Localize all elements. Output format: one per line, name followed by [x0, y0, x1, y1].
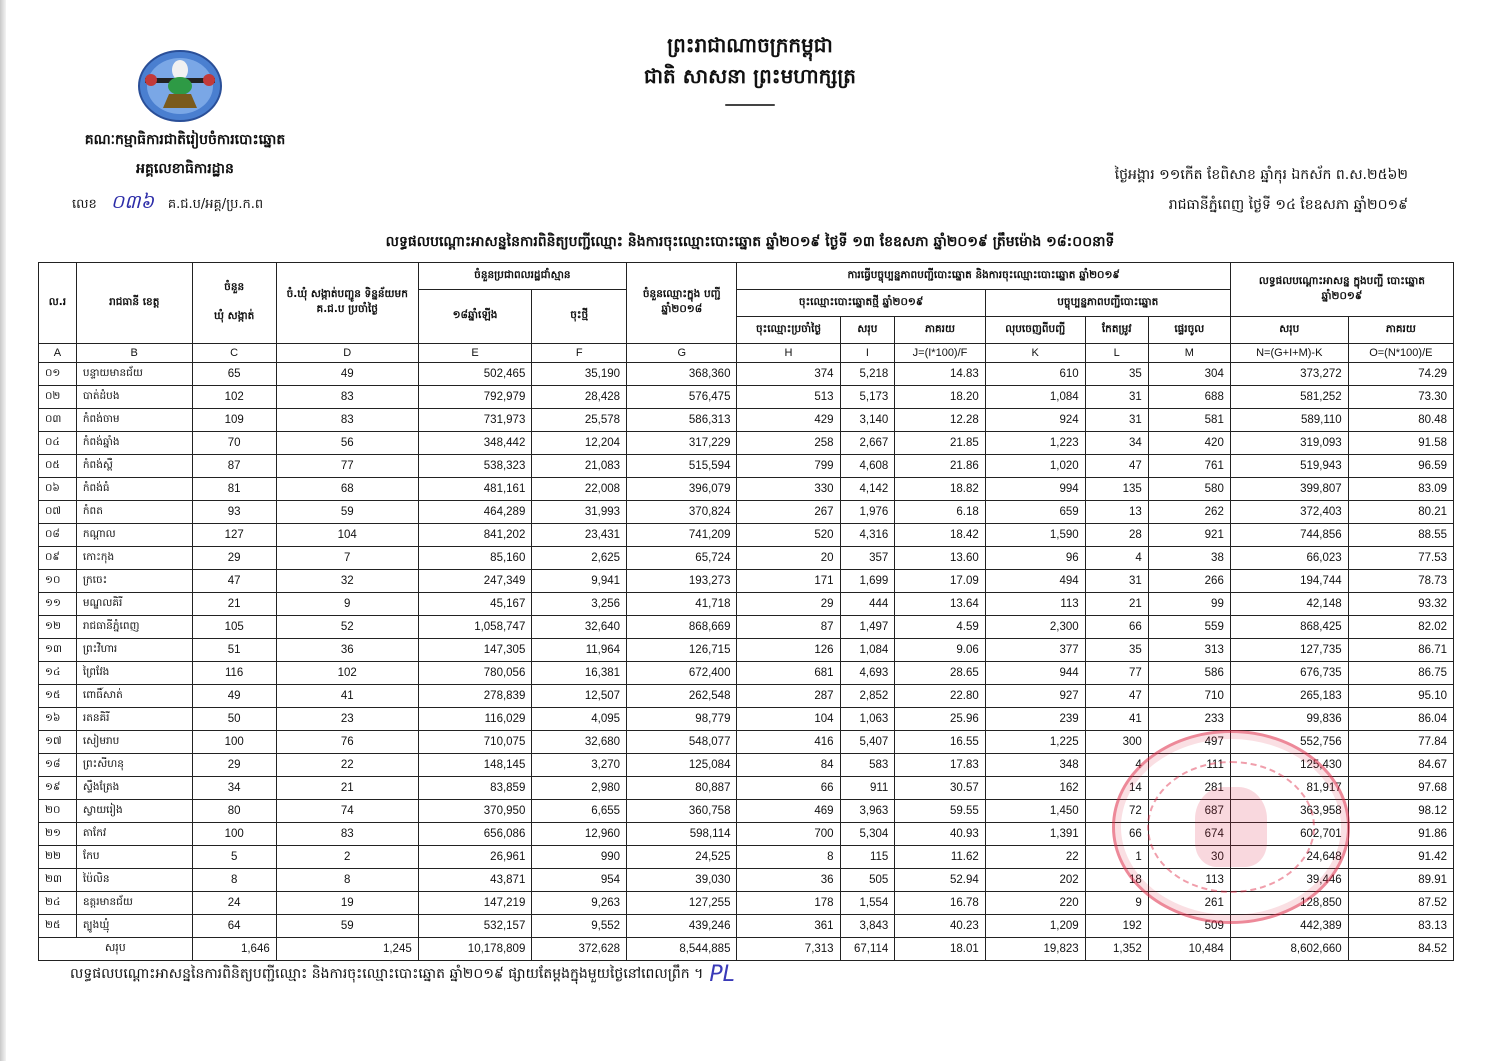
- cell-reporting-communes: 83: [276, 386, 418, 409]
- cell-result-percent: 74.29: [1348, 363, 1453, 386]
- cell-result-total: 399,807: [1230, 478, 1348, 501]
- cell-list-2018: 126,715: [627, 639, 737, 662]
- header-registration-total: សរុប: [840, 317, 895, 344]
- cell-eligible-18plus: 841,202: [418, 524, 532, 547]
- cell-daily-registration: 171: [737, 570, 840, 593]
- cell-result-percent: 73.30: [1348, 386, 1453, 409]
- cell-deleted: 1,450: [985, 800, 1085, 823]
- total-label: សរុប: [39, 938, 193, 961]
- cell-deleted: 96: [985, 547, 1085, 570]
- footer-note-text: លទ្ធផលបណ្ដោះអាសន្ននៃការពិនិត្យបញ្ជីឈ្មោះ…: [70, 964, 703, 985]
- cell-registration-percent: 40.23: [895, 915, 985, 938]
- cell-result-percent: 77.84: [1348, 731, 1453, 754]
- cell-daily-registration: 374: [737, 363, 840, 386]
- total-eligible-18plus: 10,178,809: [418, 938, 532, 961]
- cell-deleted: 1,590: [985, 524, 1085, 547]
- cell-corrected: 31: [1085, 386, 1148, 409]
- nec-logo-icon: [137, 48, 223, 124]
- cell-reporting-communes: 77: [276, 455, 418, 478]
- cell-reporting-communes: 104: [276, 524, 418, 547]
- cell-result-total: 373,272: [1230, 363, 1348, 386]
- table-row: ០១បន្ទាយមានជ័យ6549502,46535,190368,36037…: [39, 363, 1454, 386]
- table-row: ២២កែប5226,96199024,525811511.622213024,6…: [39, 846, 1454, 869]
- cell-corrected: 66: [1085, 616, 1148, 639]
- cell-reporting-communes: 19: [276, 892, 418, 915]
- cell-moved-in: 111: [1148, 754, 1230, 777]
- voter-registration-table: ល.រ រាជធានី ខេត្ត ចំនួន ឃុំ សង្កាត់ ចំ.ឃ…: [38, 262, 1454, 961]
- cell-registration-total: 444: [840, 593, 895, 616]
- cell-list-2018: 39,030: [627, 869, 737, 892]
- cell-list-2018: 360,758: [627, 800, 737, 823]
- column-letter: F: [532, 344, 627, 363]
- cell-daily-registration: 84: [737, 754, 840, 777]
- cell-registration-percent: 40.93: [895, 823, 985, 846]
- cell-row-number: ២៥: [39, 915, 77, 938]
- cell-registration-percent: 18.82: [895, 478, 985, 501]
- cell-row-number: ០១: [39, 363, 77, 386]
- cell-reporting-communes: 49: [276, 363, 418, 386]
- total-registration-percent: 18.01: [895, 938, 985, 961]
- header-no: ល.រ: [39, 263, 77, 344]
- cell-result-total: 319,093: [1230, 432, 1348, 455]
- cell-eligible-new: 3,270: [532, 754, 627, 777]
- cell-registration-percent: 17.83: [895, 754, 985, 777]
- cell-list-2018: 868,669: [627, 616, 737, 639]
- cell-result-percent: 80.48: [1348, 409, 1453, 432]
- table-row: ០៧កំពត9359464,28931,993370,8242671,9766.…: [39, 501, 1454, 524]
- cell-province-name: ព្រះវិហារ: [76, 639, 192, 662]
- cell-registration-total: 5,218: [840, 363, 895, 386]
- cell-result-total: 581,252: [1230, 386, 1348, 409]
- cell-list-2018: 576,475: [627, 386, 737, 409]
- cell-deleted: 927: [985, 685, 1085, 708]
- cell-eligible-18plus: 348,442: [418, 432, 532, 455]
- header-deleted: លុបចេញពីបញ្ជី: [985, 317, 1085, 344]
- cell-daily-registration: 799: [737, 455, 840, 478]
- cell-corrected: 21: [1085, 593, 1148, 616]
- cell-deleted: 1,020: [985, 455, 1085, 478]
- cell-eligible-new: 9,263: [532, 892, 627, 915]
- cell-reporting-communes: 83: [276, 409, 418, 432]
- cell-row-number: ០៣: [39, 409, 77, 432]
- header-2018-list: ចំនួនឈ្មោះក្នុង បញ្ជី ឆ្នាំ២០១៨: [627, 263, 737, 344]
- cell-list-2018: 741,209: [627, 524, 737, 547]
- cell-deleted: 348: [985, 754, 1085, 777]
- cell-daily-registration: 104: [737, 708, 840, 731]
- cell-province-name: ប៉ៃលិន: [76, 869, 192, 892]
- cell-daily-registration: 287: [737, 685, 840, 708]
- cell-eligible-new: 9,552: [532, 915, 627, 938]
- cell-registration-total: 911: [840, 777, 895, 800]
- cell-deleted: 659: [985, 501, 1085, 524]
- cell-reporting-communes: 41: [276, 685, 418, 708]
- cell-corrected: 18: [1085, 869, 1148, 892]
- table-row: ១៥ពោធិ៍សាត់4941278,83912,507262,5482872,…: [39, 685, 1454, 708]
- total-2018-list: 8,544,885: [627, 938, 737, 961]
- signature-initials: PL: [709, 962, 735, 987]
- cell-province-name: ក្រចេះ: [76, 570, 192, 593]
- cell-row-number: ១០: [39, 570, 77, 593]
- cell-list-2018: 586,313: [627, 409, 737, 432]
- cell-result-percent: 89.91: [1348, 869, 1453, 892]
- column-letter: B: [76, 344, 192, 363]
- cell-moved-in: 921: [1148, 524, 1230, 547]
- cell-registration-total: 1,699: [840, 570, 895, 593]
- cell-moved-in: 304: [1148, 363, 1230, 386]
- cell-registration-total: 1,063: [840, 708, 895, 731]
- cell-eligible-18plus: 538,323: [418, 455, 532, 478]
- cell-daily-registration: 330: [737, 478, 840, 501]
- cell-province-name: កំពង់ធំ: [76, 478, 192, 501]
- kingdom-name: ព្រះរាជាណាចក្រកម្ពុជា: [560, 30, 940, 60]
- cell-province-name: កំពង់ស្ពឺ: [76, 455, 192, 478]
- cell-registration-percent: 52.94: [895, 869, 985, 892]
- cell-eligible-new: 21,083: [532, 455, 627, 478]
- cell-communes: 116: [192, 662, 276, 685]
- cell-corrected: 77: [1085, 662, 1148, 685]
- cell-result-percent: 82.02: [1348, 616, 1453, 639]
- cell-corrected: 9: [1085, 892, 1148, 915]
- cell-moved-in: 581: [1148, 409, 1230, 432]
- cell-province-name: កំពង់ចាម: [76, 409, 192, 432]
- cell-list-2018: 439,246: [627, 915, 737, 938]
- cell-result-total: 676,735: [1230, 662, 1348, 685]
- table-row: ០៥កំពង់ស្ពឺ8777538,32321,083515,5947994,…: [39, 455, 1454, 478]
- cell-deleted: 944: [985, 662, 1085, 685]
- cell-row-number: ២២: [39, 846, 77, 869]
- column-letter: H: [737, 344, 840, 363]
- cell-moved-in: 687: [1148, 800, 1230, 823]
- cell-row-number: ២០: [39, 800, 77, 823]
- cell-eligible-new: 12,507: [532, 685, 627, 708]
- total-communes: 1,646: [192, 938, 276, 961]
- cell-deleted: 2,300: [985, 616, 1085, 639]
- cell-result-total: 42,148: [1230, 593, 1348, 616]
- national-motto: ជាតិ សាសនា ព្រះមហាក្សត្រ: [560, 60, 940, 92]
- cell-reporting-communes: 102: [276, 662, 418, 685]
- cell-registration-total: 3,963: [840, 800, 895, 823]
- cell-registration-total: 2,852: [840, 685, 895, 708]
- cell-corrected: 13: [1085, 501, 1148, 524]
- cell-corrected: 28: [1085, 524, 1148, 547]
- cell-reporting-communes: 22: [276, 754, 418, 777]
- committee-name: គណៈកម្មាធិការជាតិរៀបចំការបោះឆ្នោត: [70, 130, 300, 151]
- cell-eligible-18plus: 26,961: [418, 846, 532, 869]
- cell-result-total: 868,425: [1230, 616, 1348, 639]
- cell-corrected: 4: [1085, 547, 1148, 570]
- column-letter: I: [840, 344, 895, 363]
- total-row: សរុប 1,646 1,245 10,178,809 372,628 8,54…: [39, 938, 1454, 961]
- cell-registration-total: 3,843: [840, 915, 895, 938]
- cell-registration-percent: 11.62: [895, 846, 985, 869]
- cell-registration-total: 583: [840, 754, 895, 777]
- cell-eligible-new: 12,960: [532, 823, 627, 846]
- cell-deleted: 162: [985, 777, 1085, 800]
- cell-row-number: ១៩: [39, 777, 77, 800]
- cell-registration-total: 1,084: [840, 639, 895, 662]
- ornament-divider: [725, 104, 775, 106]
- cell-deleted: 1,084: [985, 386, 1085, 409]
- cell-corrected: 14: [1085, 777, 1148, 800]
- cell-result-total: 127,735: [1230, 639, 1348, 662]
- cell-daily-registration: 361: [737, 915, 840, 938]
- table-row: ១៤ព្រៃវែង116102780,05616,381672,4006814,…: [39, 662, 1454, 685]
- cell-moved-in: 420: [1148, 432, 1230, 455]
- cell-eligible-18plus: 147,219: [418, 892, 532, 915]
- cell-result-percent: 98.12: [1348, 800, 1453, 823]
- cell-registration-total: 115: [840, 846, 895, 869]
- cell-reporting-communes: 52: [276, 616, 418, 639]
- cell-eligible-new: 954: [532, 869, 627, 892]
- table-row: ១៣ព្រះវិហារ5136147,30511,964126,7151261,…: [39, 639, 1454, 662]
- table-row: ១០ក្រចេះ4732247,3499,941193,2731711,6991…: [39, 570, 1454, 593]
- cell-list-2018: 262,548: [627, 685, 737, 708]
- cell-communes: 64: [192, 915, 276, 938]
- cell-communes: 49: [192, 685, 276, 708]
- table-row: ០៣កំពង់ចាម10983731,97325,578586,3134293,…: [39, 409, 1454, 432]
- cell-list-2018: 65,724: [627, 547, 737, 570]
- cell-eligible-new: 32,680: [532, 731, 627, 754]
- cell-eligible-new: 990: [532, 846, 627, 869]
- cell-eligible-18plus: 780,056: [418, 662, 532, 685]
- cell-list-2018: 127,255: [627, 892, 737, 915]
- cell-result-percent: 86.71: [1348, 639, 1453, 662]
- total-eligible-new: 372,628: [532, 938, 627, 961]
- cell-registration-percent: 18.20: [895, 386, 985, 409]
- column-letter: K: [985, 344, 1085, 363]
- cell-result-percent: 95.10: [1348, 685, 1453, 708]
- header-daily-registration: ចុះឈ្មោះប្រចាំថ្ងៃ: [737, 317, 840, 344]
- total-result-percent: 84.52: [1348, 938, 1453, 961]
- cell-result-total: 589,110: [1230, 409, 1348, 432]
- cell-result-total: 552,756: [1230, 731, 1348, 754]
- cell-communes: 93: [192, 501, 276, 524]
- cell-list-2018: 80,887: [627, 777, 737, 800]
- cell-result-total: 519,943: [1230, 455, 1348, 478]
- cell-communes: 5: [192, 846, 276, 869]
- cell-corrected: 72: [1085, 800, 1148, 823]
- cell-row-number: ០៤: [39, 432, 77, 455]
- cell-row-number: ០៥: [39, 455, 77, 478]
- cell-eligible-new: 16,381: [532, 662, 627, 685]
- cell-result-total: 81,917: [1230, 777, 1348, 800]
- cell-daily-registration: 267: [737, 501, 840, 524]
- cell-registration-total: 4,316: [840, 524, 895, 547]
- cell-eligible-18plus: 464,289: [418, 501, 532, 524]
- cell-communes: 34: [192, 777, 276, 800]
- cell-daily-registration: 126: [737, 639, 840, 662]
- cell-daily-registration: 8: [737, 846, 840, 869]
- cell-province-name: ត្បូងឃ្មុំ: [76, 915, 192, 938]
- cell-result-total: 128,850: [1230, 892, 1348, 915]
- cell-deleted: 202: [985, 869, 1085, 892]
- cell-result-percent: 86.04: [1348, 708, 1453, 731]
- cell-province-name: កណ្ដាល: [76, 524, 192, 547]
- cell-eligible-18plus: 370,950: [418, 800, 532, 823]
- ref-code: គ.ជ.ប/អគ្គ/ប្រ.ក.ព: [168, 196, 263, 215]
- table-row: ០៦កំពង់ធំ8168481,16122,008396,0793304,14…: [39, 478, 1454, 501]
- cell-row-number: ២១: [39, 823, 77, 846]
- cell-eligible-new: 25,578: [532, 409, 627, 432]
- cell-communes: 127: [192, 524, 276, 547]
- cell-daily-registration: 66: [737, 777, 840, 800]
- cell-communes: 70: [192, 432, 276, 455]
- cell-eligible-new: 3,256: [532, 593, 627, 616]
- cell-communes: 50: [192, 708, 276, 731]
- cell-corrected: 47: [1085, 455, 1148, 478]
- cell-result-total: 265,183: [1230, 685, 1348, 708]
- cell-eligible-18plus: 278,839: [418, 685, 532, 708]
- cell-moved-in: 233: [1148, 708, 1230, 731]
- cell-registration-total: 357: [840, 547, 895, 570]
- cell-registration-total: 1,554: [840, 892, 895, 915]
- cell-daily-registration: 29: [737, 593, 840, 616]
- cell-list-2018: 98,779: [627, 708, 737, 731]
- column-letter: C: [192, 344, 276, 363]
- cell-communes: 24: [192, 892, 276, 915]
- cell-row-number: ១១: [39, 593, 77, 616]
- cell-list-2018: 317,229: [627, 432, 737, 455]
- cell-deleted: 1,209: [985, 915, 1085, 938]
- cell-result-total: 24,648: [1230, 846, 1348, 869]
- cell-result-percent: 80.21: [1348, 501, 1453, 524]
- table-row: ១១មណ្ឌលគិរី21945,1673,25641,7182944413.6…: [39, 593, 1454, 616]
- header-new-registration-group: ចុះឈ្មោះបោះឆ្នោតថ្មី ឆ្នាំ២០១៩: [737, 290, 985, 317]
- cell-row-number: ០៩: [39, 547, 77, 570]
- issuing-authority: គណៈកម្មាធិការជាតិរៀបចំការបោះឆ្នោត អគ្គលេ…: [70, 130, 300, 180]
- column-letter: L: [1085, 344, 1148, 363]
- cell-province-name: ព្រះសីហនុ: [76, 754, 192, 777]
- column-letter: A: [39, 344, 77, 363]
- document-date: ថ្ងៃអង្គារ ១១កើត ខែពិសាខ ឆ្នាំកុរ ឯកស័ក …: [1115, 160, 1408, 220]
- cell-list-2018: 41,718: [627, 593, 737, 616]
- cell-result-percent: 84.67: [1348, 754, 1453, 777]
- column-letter: M: [1148, 344, 1230, 363]
- cell-eligible-new: 6,655: [532, 800, 627, 823]
- cell-eligible-new: 11,964: [532, 639, 627, 662]
- cell-registration-percent: 12.28: [895, 409, 985, 432]
- cell-corrected: 300: [1085, 731, 1148, 754]
- cell-communes: 100: [192, 731, 276, 754]
- header-moved-in: ផ្ទេរចូល: [1148, 317, 1230, 344]
- cell-communes: 109: [192, 409, 276, 432]
- cell-result-percent: 87.52: [1348, 892, 1453, 915]
- cell-eligible-new: 22,008: [532, 478, 627, 501]
- cell-row-number: ១៧: [39, 731, 77, 754]
- cell-moved-in: 266: [1148, 570, 1230, 593]
- column-letter-row: ABCDEFGHIJ=(I*100)/FKLMN=(G+I+M)-KO=(N*1…: [39, 344, 1454, 363]
- cell-province-name: ពោធិ៍សាត់: [76, 685, 192, 708]
- cell-communes: 81: [192, 478, 276, 501]
- column-letter: J=(I*100)/F: [895, 344, 985, 363]
- cell-reporting-communes: 68: [276, 478, 418, 501]
- header-eligible-new: ចុះថ្មី: [532, 290, 627, 344]
- cell-result-percent: 97.68: [1348, 777, 1453, 800]
- cell-result-percent: 88.55: [1348, 524, 1453, 547]
- cell-deleted: 610: [985, 363, 1085, 386]
- cell-eligible-18plus: 116,029: [418, 708, 532, 731]
- cell-eligible-new: 23,431: [532, 524, 627, 547]
- cell-corrected: 1: [1085, 846, 1148, 869]
- cell-registration-percent: 16.55: [895, 731, 985, 754]
- footer-note: លទ្ធផលបណ្ដោះអាសន្ននៃការពិនិត្យបញ្ជីឈ្មោះ…: [70, 962, 735, 987]
- cell-deleted: 113: [985, 593, 1085, 616]
- cell-row-number: ១៤: [39, 662, 77, 685]
- cell-daily-registration: 520: [737, 524, 840, 547]
- cell-row-number: ០៦: [39, 478, 77, 501]
- cell-eligible-18plus: 147,305: [418, 639, 532, 662]
- cell-communes: 87: [192, 455, 276, 478]
- table-row: ០២បាត់ដំបង10283792,97928,428576,4755135,…: [39, 386, 1454, 409]
- header-result-percent: ភាគរយ: [1348, 317, 1453, 344]
- cell-registration-total: 5,173: [840, 386, 895, 409]
- cell-communes: 65: [192, 363, 276, 386]
- cell-registration-percent: 13.64: [895, 593, 985, 616]
- cell-list-2018: 396,079: [627, 478, 737, 501]
- table-row: ២៣ប៉ៃលិន8843,87195439,0303650552.9420218…: [39, 869, 1454, 892]
- cell-result-total: 372,403: [1230, 501, 1348, 524]
- cell-registration-percent: 6.18: [895, 501, 985, 524]
- cell-reporting-communes: 56: [276, 432, 418, 455]
- cell-moved-in: 281: [1148, 777, 1230, 800]
- kingdom-motto: ព្រះរាជាណាចក្រកម្ពុជា ជាតិ សាសនា ព្រះមហា…: [560, 30, 940, 106]
- cell-result-total: 39,446: [1230, 869, 1348, 892]
- cell-deleted: 1,225: [985, 731, 1085, 754]
- cell-result-total: 125,430: [1230, 754, 1348, 777]
- cell-corrected: 35: [1085, 363, 1148, 386]
- table-row: ១៨ព្រះសីហនុ2922148,1453,270125,084845831…: [39, 754, 1454, 777]
- cell-eligible-18plus: 792,979: [418, 386, 532, 409]
- header-reporting-communes: ចំ.ឃុំ សង្កាត់បញ្ជូន ទិន្នន័យមក គ.ជ.ប ប្…: [276, 263, 418, 344]
- cell-moved-in: 710: [1148, 685, 1230, 708]
- cell-daily-registration: 700: [737, 823, 840, 846]
- cell-row-number: ២៣: [39, 869, 77, 892]
- table-row: ២៥ត្បូងឃ្មុំ6459532,1579,552439,2463613,…: [39, 915, 1454, 938]
- cell-registration-percent: 16.78: [895, 892, 985, 915]
- cell-moved-in: 559: [1148, 616, 1230, 639]
- cell-eligible-18plus: 45,167: [418, 593, 532, 616]
- cell-communes: 102: [192, 386, 276, 409]
- header-result-total: សរុប: [1230, 317, 1348, 344]
- cell-corrected: 35: [1085, 639, 1148, 662]
- cell-registration-percent: 22.80: [895, 685, 985, 708]
- cell-moved-in: 30: [1148, 846, 1230, 869]
- column-letter: E: [418, 344, 532, 363]
- total-corrected: 1,352: [1085, 938, 1148, 961]
- reference-number: លេខ ០៣៦ គ.ជ.ប/អគ្គ/ប្រ.ក.ព: [72, 190, 263, 218]
- cell-reporting-communes: 36: [276, 639, 418, 662]
- cell-communes: 100: [192, 823, 276, 846]
- solar-date: រាជធានីភ្នំពេញ ថ្ងៃទី ១៤ ខែឧសភា ឆ្នាំ២០១…: [1115, 190, 1408, 220]
- cell-moved-in: 674: [1148, 823, 1230, 846]
- cell-list-2018: 515,594: [627, 455, 737, 478]
- cell-result-total: 99,836: [1230, 708, 1348, 731]
- cell-province-name: ស្វាយរៀង: [76, 800, 192, 823]
- cell-list-2018: 598,114: [627, 823, 737, 846]
- table-row: ១៩ស្ទឹងត្រែង342183,8592,98080,8876691130…: [39, 777, 1454, 800]
- cell-daily-registration: 87: [737, 616, 840, 639]
- cell-moved-in: 688: [1148, 386, 1230, 409]
- scan-edge: [0, 0, 6, 1061]
- cell-registration-total: 4,693: [840, 662, 895, 685]
- cell-daily-registration: 513: [737, 386, 840, 409]
- cell-list-2018: 125,084: [627, 754, 737, 777]
- cell-registration-percent: 21.85: [895, 432, 985, 455]
- table-row: ១៦រតនគិរី5023116,0294,09598,7791041,0632…: [39, 708, 1454, 731]
- cell-registration-total: 4,142: [840, 478, 895, 501]
- cell-eligible-new: 12,204: [532, 432, 627, 455]
- cell-daily-registration: 429: [737, 409, 840, 432]
